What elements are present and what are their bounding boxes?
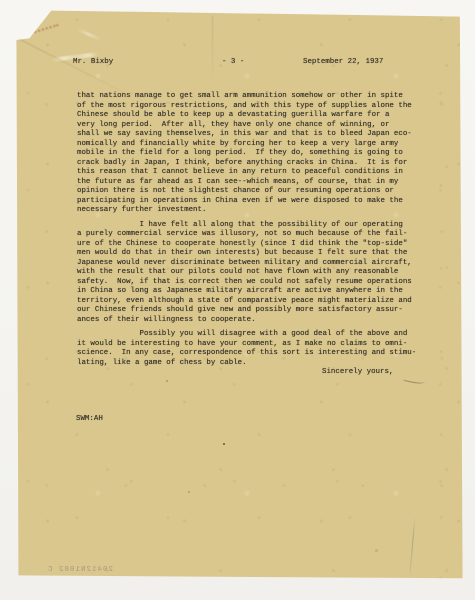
letter-closing: Sincerely yours, [77, 368, 393, 378]
red-crease-stain [23, 24, 60, 43]
mirrored-archival-number: 20412N1082 C [47, 566, 113, 574]
letter-paper: Mr. Bixby - 3 - September 22, 1937 that … [16, 8, 463, 580]
paper-speck [166, 380, 168, 382]
page-number: - 3 - [222, 58, 244, 68]
scanned-letter-page: Mr. Bixby - 3 - September 22, 1937 that … [0, 0, 475, 600]
paper-speck [375, 549, 378, 552]
typist-initials: SWM:AH [76, 415, 103, 425]
light-scuff-mark-small [77, 28, 102, 41]
paper-fiber-mark [409, 516, 415, 574]
ink-speck [223, 443, 225, 445]
letter-recipient: Mr. Bixby [73, 58, 113, 68]
letter-paragraph: that nations manage to get small arm amm… [77, 92, 437, 216]
pen-stroke-mark [403, 375, 426, 385]
letter-body: that nations manage to get small arm amm… [77, 92, 437, 373]
letter-paragraph: I have felt all along that the possibili… [77, 221, 437, 326]
letter-paragraph: Possibly you will disagree with a good d… [77, 330, 437, 368]
letter-date: September 22, 1937 [303, 58, 383, 68]
vertical-crease-line [212, 16, 213, 86]
paper-speck [188, 491, 190, 493]
